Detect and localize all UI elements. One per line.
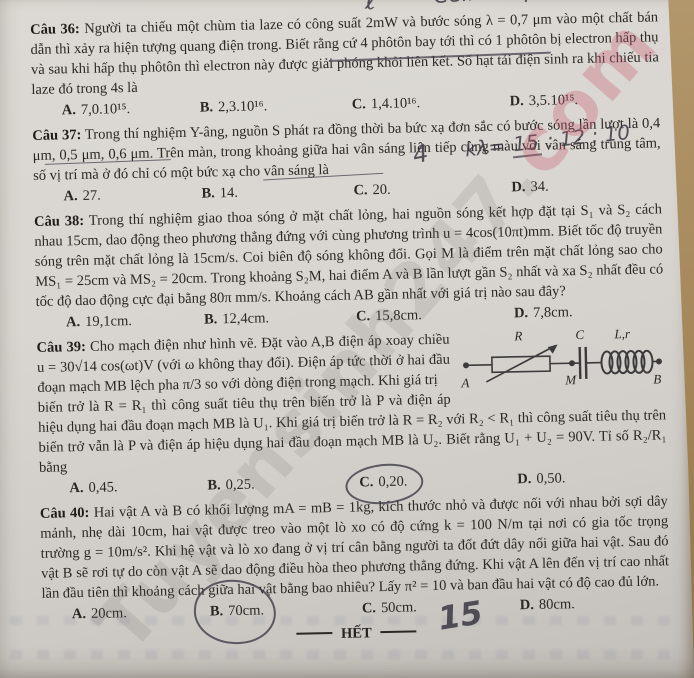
option-38-B: B.12,4cm. — [204, 307, 356, 330]
question-40-label: Câu 40: — [40, 505, 90, 522]
option-37-B: B.14. — [201, 181, 353, 204]
option-39-B: B.0,25. — [207, 472, 359, 495]
pen-scribble-cen: Ce.n — [433, 0, 482, 6]
pen-scribble-ell: ℓ — [365, 0, 378, 12]
option-37-C: C.20. — [353, 177, 511, 200]
footer-dash-left — [296, 632, 332, 635]
option-36-C: C.1,4.10¹⁶. — [352, 91, 510, 114]
label-R: R — [513, 328, 522, 343]
question-40-text: Câu 40: Hai vật A và B có khối lượng mA … — [40, 491, 670, 604]
question-36-text: Câu 36: Người ta chiếu một chùm tia laze… — [30, 7, 659, 100]
option-38-D: D.7,8cm. — [514, 300, 664, 323]
capacitor-plate-left — [580, 347, 581, 379]
option-37-D: D.34. — [511, 174, 661, 197]
option-36-A: A.7,0.10¹⁵. — [62, 98, 200, 121]
label-B: B — [653, 371, 661, 386]
inductor-coil-symbol — [601, 351, 652, 374]
question-37-label: Câu 37: — [32, 127, 81, 144]
end-marker-text: HẾT — [341, 625, 372, 642]
circuit-diagram: A R C M L,r B — [459, 325, 665, 393]
question-39-text: A R C M L,r B Câu 39: Cho mạch điện như … — [36, 325, 665, 398]
footer-dash-right — [381, 631, 417, 634]
question-36: ℓ Ce.n ↑ Câu 36: Người ta chiếu một chùm… — [30, 7, 660, 121]
option-36-D: D.3,5.10¹⁵. — [510, 88, 660, 111]
label-C: C — [575, 327, 584, 342]
exam-content: ℓ Ce.n ↑ Câu 36: Người ta chiếu một chùm… — [30, 7, 671, 649]
question-39-label: Câu 39: — [36, 339, 86, 356]
question-39: A R C M L,r B Câu 39: Cho mạch điện như … — [36, 325, 667, 499]
question-39-text-2: biến trở là R = R₁ thì công suất tiêu th… — [38, 385, 667, 478]
option-40-D: D.80cm. — [520, 592, 670, 615]
label-M: M — [564, 372, 577, 387]
ghost-text-bleedthrough — [10, 650, 670, 659]
node-M-dot — [569, 360, 575, 366]
option-40-A: A.20cm. — [72, 602, 210, 625]
label-A: A — [460, 375, 469, 390]
question-40: Câu 40: Hai vật A và B có khối lượng mA … — [40, 491, 670, 625]
question-38-text: Câu 38: Trong thí nghiệm giao thoa sóng … — [34, 199, 664, 312]
terminal-A-dot — [463, 362, 469, 368]
option-38-C: C.15,8cm. — [356, 303, 514, 326]
question-36-label: Câu 36: — [30, 21, 80, 38]
option-36-B: B.2,3.10¹⁶. — [200, 95, 352, 118]
option-40-B: B.70cm. — [210, 598, 362, 621]
label-Lr: L,r — [613, 326, 631, 341]
option-39-D: D.0,50. — [517, 466, 667, 489]
pen-score-15: 15 — [437, 602, 484, 629]
exam-page-photo: { "exam": { "questions": [ { "label": "C… — [0, 0, 694, 678]
question-38: Câu 38: Trong thí nghiệm giao thoa sóng … — [34, 199, 664, 333]
question-38-label: Câu 38: — [34, 213, 84, 230]
option-37-A: A.27. — [63, 184, 201, 207]
option-38-A: A.19,1cm. — [66, 310, 204, 333]
option-39-C: C.0,20. — [359, 469, 517, 492]
terminal-B-dot — [656, 358, 662, 364]
question-37: 4 kλ= 15 : 12 : 10 Câu 37: Trong thí ngh… — [32, 113, 661, 207]
option-39-A: A.0,45. — [69, 476, 207, 499]
